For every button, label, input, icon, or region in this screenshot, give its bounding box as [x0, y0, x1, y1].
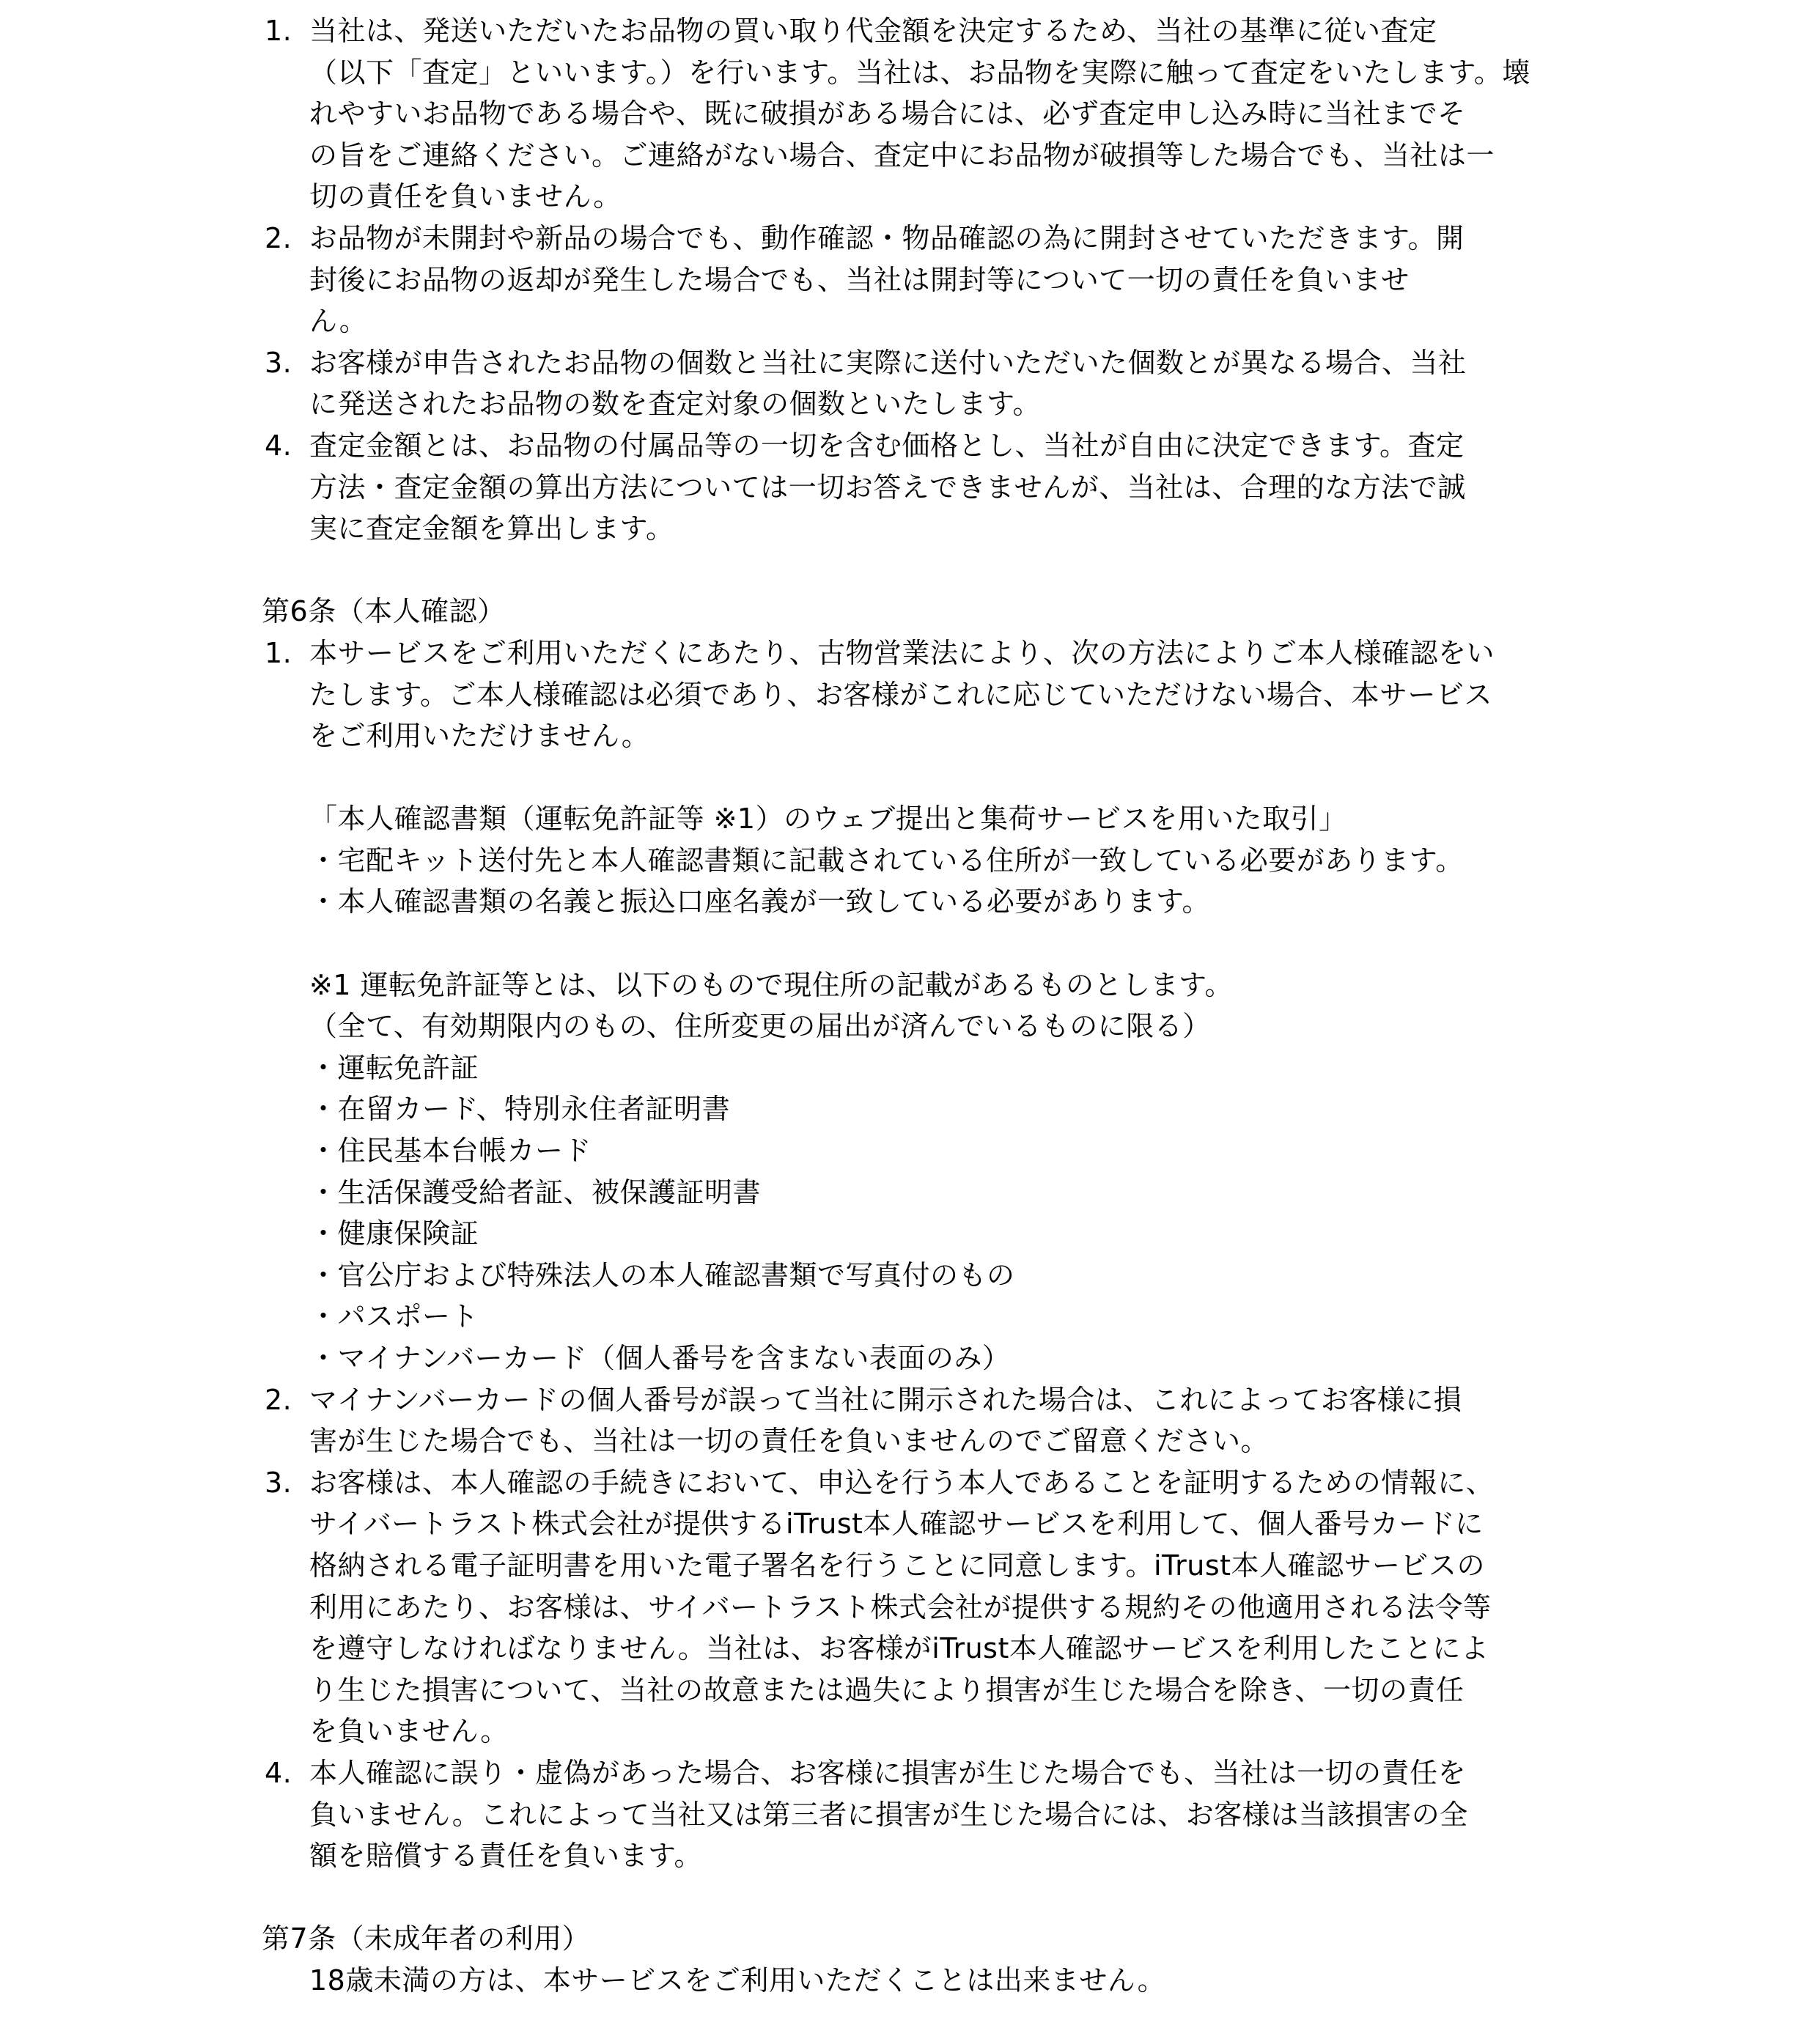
item-number: 3.: [265, 1462, 309, 1504]
verification-conditions: ・宅配キット送付先と本人確認書類に記載されている住所が一致している必要があります…: [262, 840, 1566, 923]
article6-heading: 第6条（本人確認）: [262, 591, 1566, 633]
text-line: 封後にお品物の返却が発生した場合でも、当社は開封等について一切の責任を負いませ: [309, 259, 1566, 301]
text-line: 額を賠償する責任を負います。: [309, 1835, 1566, 1877]
id-document-item: ・住民基本台帳カード: [262, 1130, 1566, 1172]
article7-heading: 第7条（未成年者の利用）: [262, 1918, 1566, 1960]
text-line: 格納される電子証明書を用いた電子署名を行うことに同意します。iTrust本人確認…: [309, 1545, 1566, 1587]
spacer: [262, 757, 1566, 799]
text-line: お客様が申告されたお品物の個数と当社に実際に送付いただいた個数とが異なる場合、当…: [309, 342, 1566, 384]
article5-items: 1. 当社は、発送いただいたお品物の買い取り代金額を決定するため、当社の基準に従…: [262, 10, 1566, 550]
article5-item-1: 1. 当社は、発送いただいたお品物の買い取り代金額を決定するため、当社の基準に従…: [262, 10, 1566, 218]
text-line: 当社は、発送いただいたお品物の買い取り代金額を決定するため、当社の基準に従い査定: [309, 10, 1566, 52]
note-subtitle: （全て、有効期限内のもの、住所変更の届出が済んでいるものに限る）: [262, 1006, 1566, 1047]
spacer: [262, 1877, 1566, 1919]
text-line: ん。: [309, 300, 1566, 342]
text-line: サイバートラスト株式会社が提供するiTrust本人確認サービスを利用して、個人番…: [309, 1503, 1566, 1545]
text-line: 利用にあたり、お客様は、サイバートラスト株式会社が提供する規約その他適用される法…: [309, 1587, 1566, 1629]
terms-document: 1. 当社は、発送いただいたお品物の買い取り代金額を決定するため、当社の基準に従…: [262, 10, 1566, 2002]
text-line: 本サービスをご利用いただくにあたり、古物営業法により、次の方法によりご本人様確認…: [309, 633, 1566, 674]
item-number: 2.: [265, 218, 309, 259]
condition-item: ・宅配キット送付先と本人確認書類に記載されている住所が一致している必要があります…: [262, 840, 1566, 882]
item-number: 1.: [265, 10, 309, 52]
article6-item-2: 2. マイナンバーカードの個人番号が誤って当社に開示された場合は、これによってお…: [262, 1379, 1566, 1462]
text-line: を負いません。: [309, 1711, 1566, 1752]
item-number: 2.: [265, 1379, 309, 1421]
text-line: 方法・査定金額の算出方法については一切お答えできませんが、当社は、合理的な方法で…: [309, 467, 1566, 509]
item-number: 4.: [265, 425, 309, 467]
text-line: お品物が未開封や新品の場合でも、動作確認・物品確認の為に開封させていただきます。…: [309, 218, 1566, 259]
text-line: 害が生じた場合でも、当社は一切の責任を負いませんのでご留意ください。: [309, 1420, 1566, 1462]
article7: 第7条（未成年者の利用） 18歳未満の方は、本サービスをご利用いただくことは出来…: [262, 1918, 1566, 2001]
article6-item-4: 4. 本人確認に誤り・虚偽があった場合、お客様に損害が生じた場合でも、当社は一切…: [262, 1752, 1566, 1877]
spacer: [262, 923, 1566, 965]
text-line: （以下「査定」といいます。）を行います。当社は、お品物を実際に触って査定をいたし…: [309, 52, 1566, 94]
article5-item-2: 2. お品物が未開封や新品の場合でも、動作確認・物品確認の為に開封させていただき…: [262, 218, 1566, 342]
verification-method-title: 「本人確認書類（運転免許証等 ※1）のウェブ提出と集荷サービスを用いた取引」: [262, 798, 1566, 840]
text-line: 負いません。これによって当社又は第三者に損害が生じた場合には、お客様は当該損害の…: [309, 1794, 1566, 1836]
item-number: 3.: [265, 342, 309, 384]
id-document-item: ・パスポート: [262, 1296, 1566, 1338]
text-line: れやすいお品物である場合や、既に破損がある場合には、必ず査定申し込み時に当社まで…: [309, 93, 1566, 135]
note-title: ※1 運転免許証等とは、以下のもので現住所の記載があるものとします。: [262, 965, 1566, 1006]
id-document-item: ・在留カード、特別永住者証明書: [262, 1088, 1566, 1130]
item-number: 1.: [265, 633, 309, 674]
text-line: を遵守しなければなりません。当社は、お客様がiTrust本人確認サービスを利用し…: [309, 1628, 1566, 1670]
text-line: 本人確認に誤り・虚偽があった場合、お客様に損害が生じた場合でも、当社は一切の責任…: [309, 1752, 1566, 1794]
text-line: の旨をご連絡ください。ご連絡がない場合、査定中にお品物が破損等した場合でも、当社…: [309, 135, 1566, 177]
condition-item: ・本人確認書類の名義と振込口座名義が一致している必要があります。: [262, 881, 1566, 923]
article7-body: 18歳未満の方は、本サービスをご利用いただくことは出来ません。: [262, 1960, 1566, 2002]
id-document-list: ・運転免許証 ・在留カード、特別永住者証明書 ・住民基本台帳カード ・生活保護受…: [262, 1047, 1566, 1379]
text-line: に発送されたお品物の数を査定対象の個数といたします。: [309, 383, 1566, 425]
text-line: をご利用いただけません。: [309, 715, 1566, 757]
item-number: 4.: [265, 1752, 309, 1794]
text-line: マイナンバーカードの個人番号が誤って当社に開示された場合は、これによってお客様に…: [309, 1379, 1566, 1421]
spacer: [262, 550, 1566, 591]
text-line: たします。ご本人様確認は必須であり、お客様がこれに応じていただけない場合、本サー…: [309, 674, 1566, 716]
article5-item-3: 3. お客様が申告されたお品物の個数と当社に実際に送付いただいた個数とが異なる場…: [262, 342, 1566, 425]
article6-item-3: 3. お客様は、本人確認の手続きにおいて、申込を行う本人であることを証明するため…: [262, 1462, 1566, 1752]
id-document-item: ・マイナンバーカード（個人番号を含まない表面のみ）: [262, 1338, 1566, 1379]
article5-item-4: 4. 査定金額とは、お品物の付属品等の一切を含む価格とし、当社が自由に決定できま…: [262, 425, 1566, 550]
article6: 第6条（本人確認） 1. 本サービスをご利用いただくにあたり、古物営業法により、…: [262, 591, 1566, 1876]
text-line: 査定金額とは、お品物の付属品等の一切を含む価格とし、当社が自由に決定できます。査…: [309, 425, 1566, 467]
id-document-item: ・生活保護受給者証、被保護証明書: [262, 1172, 1566, 1214]
text-line: お客様は、本人確認の手続きにおいて、申込を行う本人であることを証明するための情報…: [309, 1462, 1566, 1504]
id-document-item: ・官公庁および特殊法人の本人確認書類で写真付のもの: [262, 1255, 1566, 1297]
text-line: 切の責任を負いません。: [309, 176, 1566, 218]
text-line: 実に査定金額を算出します。: [309, 508, 1566, 550]
article6-item-1: 1. 本サービスをご利用いただくにあたり、古物営業法により、次の方法によりご本人…: [262, 633, 1566, 757]
text-line: り生じた損害について、当社の故意または過失により損害が生じた場合を除き、一切の責…: [309, 1670, 1566, 1711]
id-document-item: ・運転免許証: [262, 1047, 1566, 1089]
id-document-item: ・健康保険証: [262, 1213, 1566, 1255]
